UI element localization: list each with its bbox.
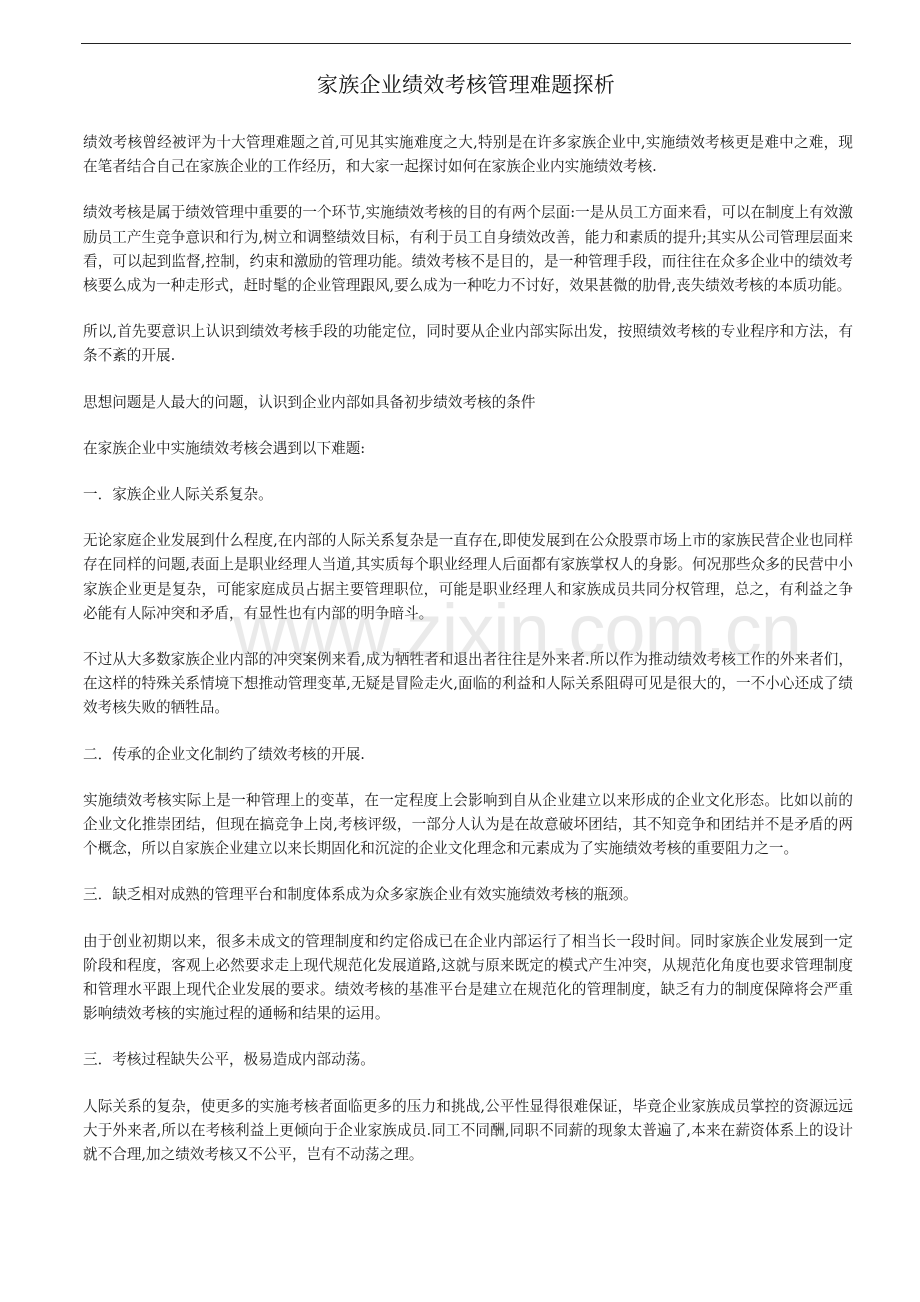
header-rule: [81, 43, 851, 44]
section-heading-2: 二．传承的企业文化制约了绩效考核的开展.: [83, 743, 853, 767]
section-heading-3: 三．缺乏相对成熟的管理平台和制度体系成为众多家族企业有效实施绩效考核的瓶颈。: [83, 883, 853, 907]
paragraph-culture: 实施绩效考核实际上是一种管理上的变革，在一定程度上会影响到自从企业建立以来形成的…: [83, 789, 853, 862]
paragraph-difficulties-intro: 在家族企业中实施绩效考核会遇到以下难题:: [83, 437, 853, 461]
section-heading-1: 一．家族企业人际关系复杂。: [83, 483, 853, 507]
document-page: 家族企业绩效考核管理难题探析 绩效考核曾经被评为十大管理难题之首,可见其实施难度…: [0, 0, 920, 1302]
paragraph-thinking: 思想问题是人最大的问题，认识到企业内部如具备初步绩效考核的条件: [83, 391, 853, 415]
document-body: 绩效考核曾经被评为十大管理难题之首,可见其实施难度之大,特别是在许多家族企业中,…: [83, 131, 853, 1189]
paragraph-positioning: 所以,首先要意识上认识到绩效考核手段的功能定位，同时要从企业内部实际出发，按照绩…: [83, 320, 853, 368]
paragraph-purpose: 绩效考核是属于绩效管理中重要的一个环节,实施绩效考核的目的有两个层面:一是从员工…: [83, 201, 853, 298]
document-title: 家族企业绩效考核管理难题探析: [0, 70, 920, 100]
paragraph-fairness: 人际关系的复杂，使更多的实施考核者面临更多的压力和挑战,公平性显得很难保证，毕竟…: [83, 1095, 853, 1168]
paragraph-outsiders: 不过从大多数家族企业内部的冲突案例来看,成为牺牲者和退出者往往是外来者.所以作为…: [83, 648, 853, 721]
section-heading-4: 三．考核过程缺失公平，极易造成内部动荡。: [83, 1048, 853, 1072]
paragraph-platform: 由于创业初期以来，很多未成文的管理制度和约定俗成已在企业内部运行了相当长一段时间…: [83, 930, 853, 1027]
paragraph-intro: 绩效考核曾经被评为十大管理难题之首,可见其实施难度之大,特别是在许多家族企业中,…: [83, 131, 853, 179]
paragraph-relations-complex: 无论家庭企业发展到什么程度,在内部的人际关系复杂是一直存在,即使发展到在公众股票…: [83, 529, 853, 626]
